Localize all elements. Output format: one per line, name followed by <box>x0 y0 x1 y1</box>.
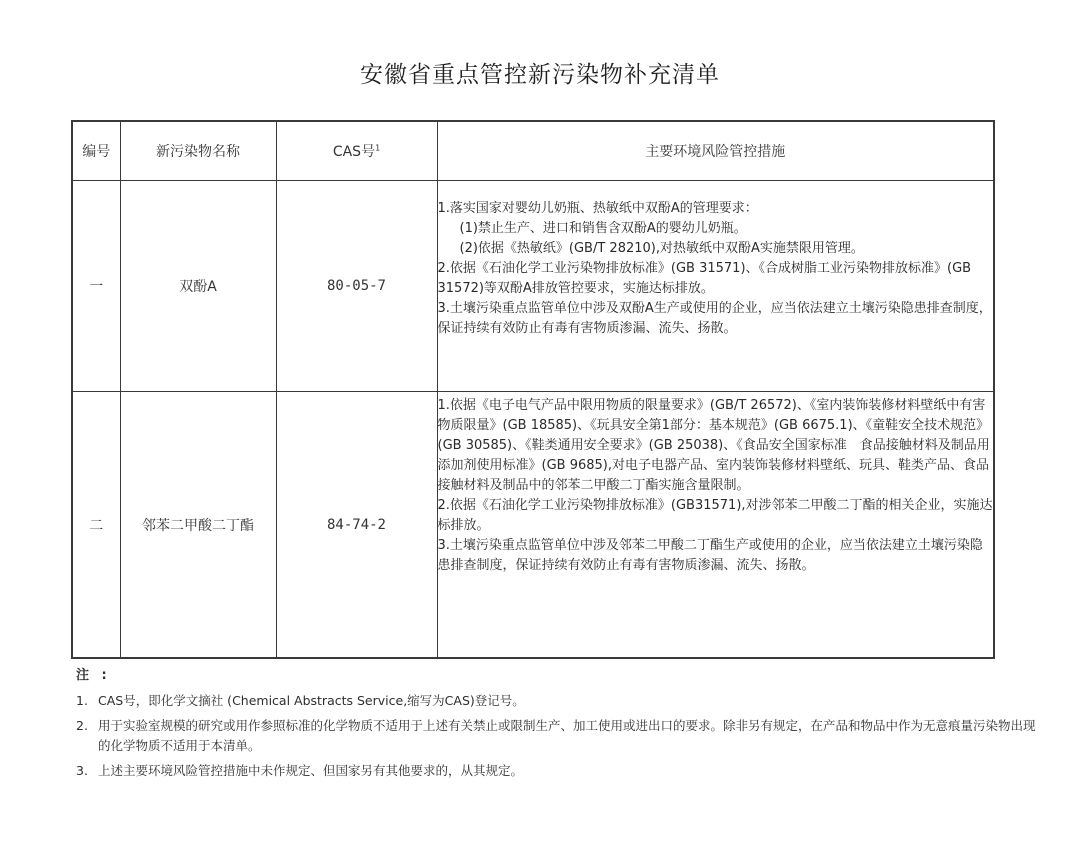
document-title: 安徽省重点管控新污染物补充清单 <box>0 56 1080 89</box>
table-header-row: 编号 新污染物名称 CAS号1 主要环境风险管控措施 <box>72 121 994 181</box>
header-cas-label: CAS号 <box>333 144 375 160</box>
pollutant-table: 编号 新污染物名称 CAS号1 主要环境风险管控措施 一 双酚A 80-05-7… <box>71 120 995 659</box>
control-measures: 1.依据《电子电气产品中限用物质的限量要求》(GB/T 26572)、《室内装饰… <box>437 392 994 659</box>
notes-heading: 注 : <box>76 664 1036 683</box>
header-measures: 主要环境风险管控措施 <box>437 121 994 181</box>
row-number: 一 <box>72 181 120 392</box>
cas-footnote-marker: 1 <box>375 143 380 152</box>
measure-subitem: (2)依据《热敏纸》(GB/T 28210),对热敏纸中双酚A实施禁限用管理。 <box>438 239 994 259</box>
note-number: 3. <box>76 761 98 781</box>
note-number: 2. <box>76 716 98 756</box>
measure-subitem: (1)禁止生产、进口和销售含双酚A的婴幼儿奶瓶。 <box>438 219 994 239</box>
note-text: 用于实验室规模的研究或用作参照标准的化学物质不适用于上述有关禁止或限制生产、加工… <box>98 716 1036 756</box>
note-text: 上述主要环境风险管控措施中未作规定、但国家另有其他要求的，从其规定。 <box>98 761 1036 781</box>
note-text: CAS号，即化学文摘社 (Chemical Abstracts Service,… <box>98 691 1036 711</box>
measure-item: 3.土壤污染重点监管单位中涉及邻苯二甲酸二丁酯生产或使用的企业，应当依法建立土壤… <box>438 536 994 576</box>
measure-item: 3.土壤污染重点监管单位中涉及双酚A生产或使用的企业，应当依法建立土壤污染隐患排… <box>438 299 994 339</box>
row-number: 二 <box>72 392 120 659</box>
note-item: 2. 用于实验室规模的研究或用作参照标准的化学物质不适用于上述有关禁止或限制生产… <box>76 716 1036 756</box>
table-row: 二 邻苯二甲酸二丁酯 84-74-2 1.依据《电子电气产品中限用物质的限量要求… <box>72 392 994 659</box>
pollutant-name: 双酚A <box>120 181 276 392</box>
measure-item: 1.依据《电子电气产品中限用物质的限量要求》(GB/T 26572)、《室内装饰… <box>438 396 994 496</box>
measure-item: 2.依据《石油化学工业污染物排放标准》(GB31571),对涉邻苯二甲酸二丁酯的… <box>438 496 994 536</box>
note-item: 3. 上述主要环境风险管控措施中未作规定、但国家另有其他要求的，从其规定。 <box>76 761 1036 781</box>
header-name: 新污染物名称 <box>120 121 276 181</box>
note-item: 1. CAS号，即化学文摘社 (Chemical Abstracts Servi… <box>76 691 1036 711</box>
header-number: 编号 <box>72 121 120 181</box>
cas-number: 84-74-2 <box>276 392 437 659</box>
note-number: 1. <box>76 691 98 711</box>
measure-item: 1.落实国家对婴幼儿奶瓶、热敏纸中双酚A的管理要求： <box>438 199 994 219</box>
control-measures: 1.落实国家对婴幼儿奶瓶、热敏纸中双酚A的管理要求： (1)禁止生产、进口和销售… <box>437 181 994 392</box>
header-cas: CAS号1 <box>276 121 437 181</box>
pollutant-name: 邻苯二甲酸二丁酯 <box>120 392 276 659</box>
measure-item: 2.依据《石油化学工业污染物排放标准》(GB 31571)、《合成树脂工业污染物… <box>438 259 994 299</box>
notes-section: 注 : 1. CAS号，即化学文摘社 (Chemical Abstracts S… <box>76 664 1036 786</box>
cas-number: 80-05-7 <box>276 181 437 392</box>
table-row: 一 双酚A 80-05-7 1.落实国家对婴幼儿奶瓶、热敏纸中双酚A的管理要求：… <box>72 181 994 392</box>
